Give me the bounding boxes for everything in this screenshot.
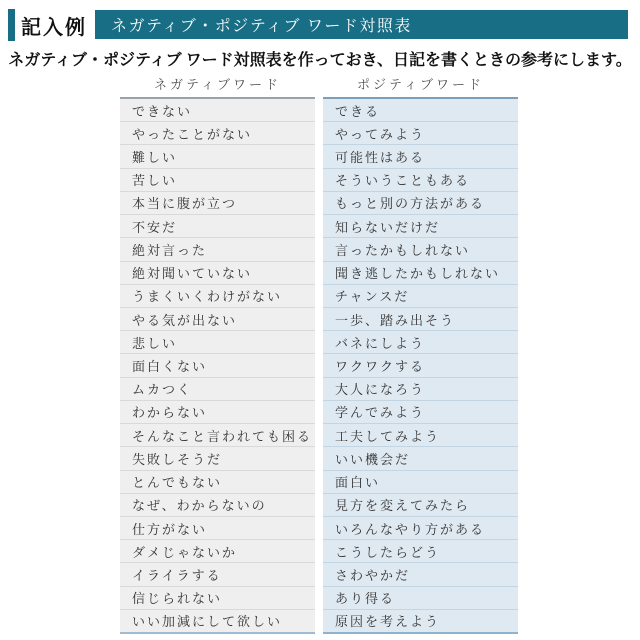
positive-word-cell: いい機会だ: [323, 447, 518, 470]
positive-word-cell: 言ったかもしれない: [323, 238, 518, 261]
positive-word-cell: そういうこともある: [323, 169, 518, 192]
negative-word-cell: そんなこと言われても困る: [120, 424, 315, 447]
title-banner: ネガティブ・ポジティブ ワード対照表: [95, 10, 628, 39]
negative-word-cell: 難しい: [120, 145, 315, 168]
document-page: 記入例 ネガティブ・ポジティブ ワード対照表 ネガティブ・ポジティブ ワード対照…: [0, 0, 640, 640]
positive-word-cell: できる: [323, 99, 518, 122]
negative-word-cell: 悲しい: [120, 331, 315, 354]
negative-word-cell: やる気が出ない: [120, 308, 315, 331]
positive-word-cell: 工夫してみよう: [323, 424, 518, 447]
negative-word-cell: とんでもない: [120, 471, 315, 494]
entry-example-label: 記入例: [21, 11, 87, 40]
negative-word-cell: ダメじゃないか: [120, 540, 315, 563]
negative-word-cell: 信じられない: [120, 587, 315, 610]
negative-word-cell: 不安だ: [120, 215, 315, 238]
positive-word-cell: いろんなやり方がある: [323, 517, 518, 540]
positive-word-cell: こうしたらどう: [323, 540, 518, 563]
negative-word-cell: うまくいくわけがない: [120, 285, 315, 308]
positive-word-table: できるやってみよう可能性はあるそういうこともあるもっと別の方法がある知らないだけ…: [323, 97, 518, 634]
negative-column-header: ネガティブワード: [120, 74, 315, 93]
positive-word-cell: バネにしよう: [323, 331, 518, 354]
negative-word-cell: 失敗しそうだ: [120, 447, 315, 470]
negative-word-cell: いい加減にして欲しい: [120, 610, 315, 632]
positive-word-cell: ワクワクする: [323, 354, 518, 377]
positive-word-cell: 学んでみよう: [323, 401, 518, 424]
subtitle-text: ネガティブ・ポジティブ ワード対照表を作っておき、日記を書くときの参考にします。: [0, 47, 640, 70]
positive-word-cell: 原因を考えよう: [323, 610, 518, 632]
positive-word-cell: 見方を変えてみたら: [323, 494, 518, 517]
positive-word-cell: さわやかだ: [323, 563, 518, 586]
negative-word-cell: わからない: [120, 401, 315, 424]
positive-word-cell: チャンスだ: [323, 285, 518, 308]
positive-word-cell: 可能性はある: [323, 145, 518, 168]
negative-word-cell: なぜ、わからないの: [120, 494, 315, 517]
positive-word-cell: あり得る: [323, 587, 518, 610]
positive-word-cell: 聞き逃したかもしれない: [323, 262, 518, 285]
negative-word-cell: やったことがない: [120, 122, 315, 145]
positive-word-cell: 一歩、踏み出そう: [323, 308, 518, 331]
positive-word-cell: 知らないだけだ: [323, 215, 518, 238]
negative-word-cell: 苦しい: [120, 169, 315, 192]
negative-word-cell: 絶対聞いていない: [120, 262, 315, 285]
page-title: ネガティブ・ポジティブ ワード対照表: [111, 13, 412, 36]
negative-word-cell: ムカつく: [120, 378, 315, 401]
accent-bar: [8, 9, 15, 41]
positive-word-cell: やってみよう: [323, 122, 518, 145]
negative-word-table: できないやったことがない難しい苦しい本当に腹が立つ不安だ絶対言った絶対聞いていな…: [120, 97, 315, 634]
negative-word-cell: 仕方がない: [120, 517, 315, 540]
negative-word-cell: 絶対言った: [120, 238, 315, 261]
negative-word-cell: 面白くない: [120, 354, 315, 377]
positive-word-cell: 面白い: [323, 471, 518, 494]
negative-word-cell: できない: [120, 99, 315, 122]
positive-word-cell: 大人になろう: [323, 378, 518, 401]
positive-word-cell: もっと別の方法がある: [323, 192, 518, 215]
negative-word-cell: 本当に腹が立つ: [120, 192, 315, 215]
negative-word-cell: イライラする: [120, 563, 315, 586]
positive-column-header: ポジティブワード: [323, 74, 518, 93]
